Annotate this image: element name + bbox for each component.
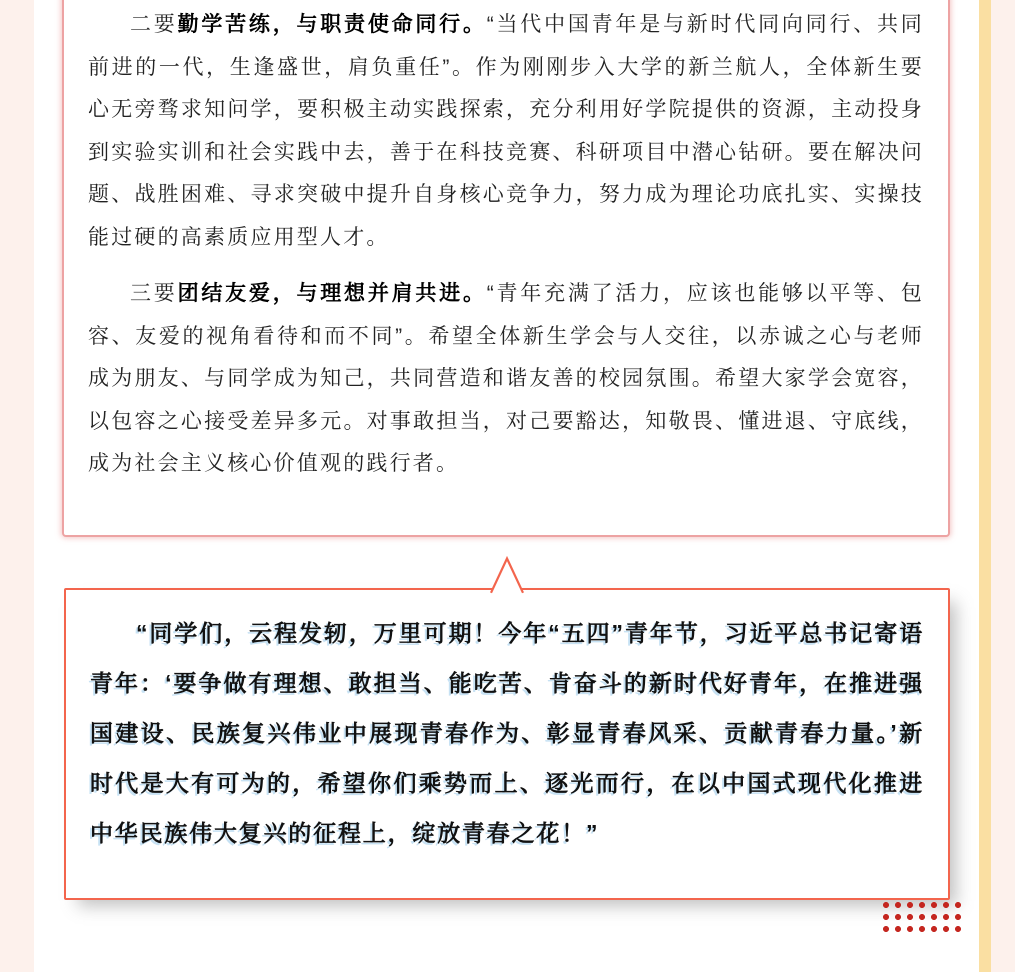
paragraph-bold-heading: 勤学苦练，与职责使命同行。 xyxy=(178,13,487,36)
right-margin-strip xyxy=(991,0,1015,972)
quote-box-highlight: “同学们，云程发轫，万里可期！今年“五四”青年节，习近平总书记寄语青年：‘要争做… xyxy=(64,588,950,900)
dot-grid-decoration xyxy=(880,899,964,935)
paragraph-body-text: “当代中国青年是与新时代同向同行、共同前进的一代，生逢盛世，肩负重任”。作为刚刚… xyxy=(88,13,924,249)
highlight-quote-text: “同学们，云程发轫，万里可期！今年“五四”青年节，习近平总书记寄语青年：‘要争做… xyxy=(90,608,924,858)
article-page: 二要勤学苦练，与职责使命同行。“当代中国青年是与新时代同向同行、共同前进的一代，… xyxy=(0,0,1015,972)
paragraph-bold-heading: 团结友爱，与理想并肩共进。 xyxy=(178,282,487,305)
paragraph-prefix: 二要 xyxy=(130,13,178,36)
left-margin-strip xyxy=(0,0,34,972)
paragraph-prefix: 三要 xyxy=(130,282,178,305)
paragraph-body-text: “青年充满了活力，应该也能够以平等、包容、友爱的视角看待和而不同”。希望全体新生… xyxy=(88,282,924,475)
right-accent-stripe xyxy=(979,0,991,972)
paragraph-unity-friendship: 三要团结友爱，与理想并肩共进。“青年充满了活力，应该也能够以平等、包容、友爱的视… xyxy=(88,273,924,486)
paragraph-study-hard: 二要勤学苦练，与职责使命同行。“当代中国青年是与新时代同向同行、共同前进的一代，… xyxy=(88,4,924,259)
quote-box-speech: 二要勤学苦练，与职责使命同行。“当代中国青年是与新时代同向同行、共同前进的一代，… xyxy=(62,0,950,537)
triangle-pointer-icon xyxy=(489,556,525,594)
